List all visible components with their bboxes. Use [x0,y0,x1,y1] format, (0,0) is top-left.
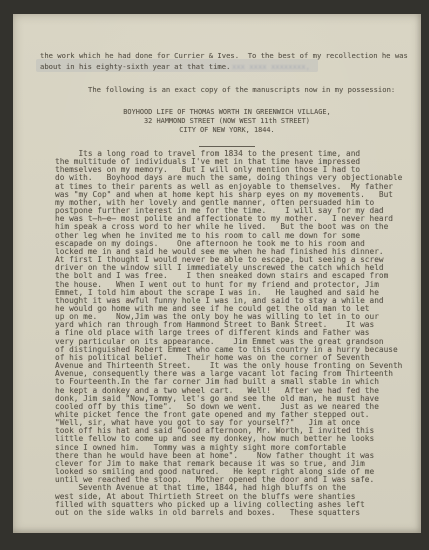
intro-line-3: The following is an exact copy of the ma… [88,85,395,94]
manuscript-body-text: Its a long road to travel from 1834 to t… [55,150,402,517]
title-line-2: 32 HAMMOND STREET (NOW WEST 11th STREET) [144,117,310,125]
heading-divider [199,146,255,147]
title-line-1: BOYHOOD LIFE OF THOMAS WORTH IN GREENWIC… [123,108,330,116]
manuscript-title-block: BOYHOOD LIFE OF THOMAS WORTH IN GREENWIC… [33,108,421,136]
intro-line-2: about in his eighty-sixth year at that t… [40,62,230,71]
erased-text: xxx xxxx xxxxxxxx, [232,62,310,71]
title-line-3: CITY OF NEW YORK, 1844. [179,126,274,134]
scan-background: the work which he had done for Currier &… [0,0,429,550]
manuscript-page: the work which he had done for Currier &… [13,14,421,533]
